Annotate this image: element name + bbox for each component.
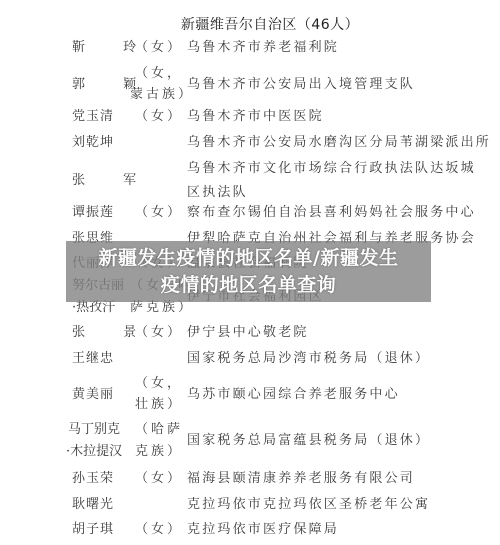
person-organization: 国家税务总局沙湾市税务局（退休） <box>187 348 430 370</box>
person-organization: 乌鲁木齐市公安局出入境管理支队 <box>187 74 415 96</box>
person-name: 耿曙光 <box>72 494 138 516</box>
person-note: （女） <box>130 519 188 541</box>
person-organization: 区执法队 <box>187 182 248 204</box>
person-name: ·木拉提汉 <box>66 441 132 463</box>
person-note: （女） <box>130 322 188 344</box>
person-organization: 察布查尔锡伯自治县喜利妈妈社会服务中心 <box>187 202 476 224</box>
person-organization: 伊宁县中心敬老院 <box>187 322 309 344</box>
person-note: 壮族） <box>130 394 188 416</box>
person-note: （女） <box>130 202 188 224</box>
person-name: 王继忠 <box>72 348 138 370</box>
person-note: 蒙古族） <box>130 84 188 106</box>
person-name: 靳 玲 <box>72 37 138 59</box>
headline-line-2: 疫情的地区名单查询 <box>66 272 431 299</box>
section-title: 新疆维吾尔自治区（46人） <box>0 14 500 34</box>
person-name: 党玉清 <box>72 106 138 128</box>
person-note: 克族） <box>130 441 188 463</box>
person-name: 孙玉荣 <box>72 468 138 490</box>
person-name: 谭振莲 <box>72 202 138 224</box>
headline-banner-text: 新疆发生疫情的地区名单/新疆发生 疫情的地区名单查询 <box>66 241 431 299</box>
person-organization: 乌苏市颐心园综合养老服务中心 <box>187 384 400 406</box>
person-name: 黄美丽 <box>72 384 138 406</box>
person-organization: 国家税务总局富蕴县税务局（退休） <box>187 430 430 452</box>
person-note: （哈萨 <box>130 419 188 441</box>
person-organization: 克拉玛依市克拉玛依区圣桥老年公寓 <box>187 494 430 516</box>
person-name: 马丁别克 <box>68 419 134 441</box>
headline-line-1: 新疆发生疫情的地区名单/新疆发生 <box>66 245 431 272</box>
person-name: 张 军 <box>72 170 138 192</box>
person-note: （女） <box>130 106 188 128</box>
person-organization: 乌鲁木齐市文化市场综合行政执法队达坂城 <box>187 158 476 180</box>
person-organization: 克拉玛依市医疗保障局 <box>187 519 339 541</box>
person-note: （女， <box>130 63 188 85</box>
person-note: （女， <box>130 373 188 395</box>
person-name: 胡子琪 <box>72 519 138 541</box>
person-note: （女） <box>130 37 188 59</box>
person-organization: 乌鲁木齐市养老福利院 <box>187 37 339 59</box>
person-organization: 乌鲁木齐市中医医院 <box>187 106 324 128</box>
person-note: （女） <box>130 468 188 490</box>
person-name: 刘乾坤 <box>72 132 138 154</box>
person-organization: 乌鲁木齐市公安局水磨沟区分局苇湖梁派出所 <box>187 132 491 154</box>
person-name: 张 景 <box>72 322 138 344</box>
person-name: 郭 颖 <box>72 74 138 96</box>
person-organization: 福海县颐清康养养老服务有限公司 <box>187 468 415 490</box>
